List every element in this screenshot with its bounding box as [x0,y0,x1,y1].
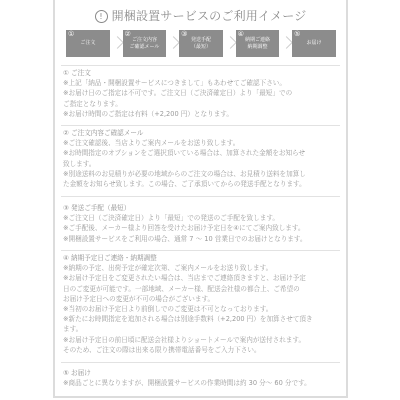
section-line: 日のご変更が可能です。一部地域、メーカー様、配送会社様の都合上、ご希望の [63,284,342,294]
divider [61,250,340,251]
section-delivery-date-adjustment: ④ 納期予定日ご連絡・納期調整 ※納期の予定、出荷予定が確定次第、ご案内メールを… [63,253,342,355]
chevron-right-icon [166,30,179,57]
section-confirmation-mail: ② ご注文内容ご確認メール ※ご注文確認後、当店よりご案内メールをお送り致します… [63,128,342,189]
step-1-box: ① ご注文 [66,30,110,57]
section-line: ※ご注文日（ご決済確定日）より「最短」での発送のご手配を致します。 [63,213,342,223]
step-3-box: ③ 発送手配（最短） [179,30,223,57]
section-line: お届け予定日への変更が不可の場合がございます。 [63,294,342,304]
step-label: 納期調整 [236,44,280,51]
divider [61,362,340,363]
section-line: ※開梱設置サービスをご利用の場合、通常 7 ～ 10 営業日でのお届けとなります… [63,234,342,244]
usage-guide-panel: !開梱設置サービスのご利用イメージ ① ご注文 ② ご注文内容ご確認メール ③ … [53,0,348,398]
step-label: 発送手配 [179,37,223,44]
step-label: 納期ご連絡 [236,37,280,44]
divider [61,65,340,66]
section-line: ※お時間指定のオプションをご選択頂いている場合は、加算された金額をお知らせ [63,148,342,158]
section-line: ます。 [63,324,342,334]
section-line: ※お届け予定日をご変更されたい場合は、当店までご連絡頂きますと、お届け予定 [63,273,342,283]
page-title-text: 開梱設置サービスのご利用イメージ [112,9,307,23]
section-heading: ③ 発送ご手配（最短） [63,203,342,213]
exclamation-circle-icon: ! [95,10,108,23]
section-line: ※お届け予定日の前日頃に配送会社様よりショートメールで案内が送付されます。 [63,335,342,345]
section-line: ※別途送料のお見積りが必要の地域からのご注文の場合は、お見積り送料を加算し [63,169,342,179]
section-line: ※当初のお届け予定日より前倒しでのご変更は不可となっております。 [63,304,342,314]
step-4-box: ④ 納期ご連絡納期調整 [236,30,280,57]
divider [61,196,340,197]
section-heading: ① ご注文 [63,68,342,78]
section-line: ※納期の予定、出荷予定が確定次第、ご案内メールをお送り致します。 [63,263,342,273]
page-title: !開梱設置サービスのご利用イメージ [55,7,346,23]
section-line: そのため、ご注文の際は出来る限り携帯電話番号をご入力下さい。 [63,345,342,355]
step-label: （最短） [179,44,223,51]
section-heading: ⑤ お届け [63,368,342,378]
step-label: ご注文 [66,40,110,47]
section-line: ※お届け時間のご指定は有料（+2,200 円）となります。 [63,109,342,119]
divider [61,125,340,126]
step-label: お届け [292,40,336,47]
step-label: ご確認メール [123,44,167,51]
section-line: ※上記「納品・開梱設置サービスにつきまして」もあわせてご確認下さい。 [63,78,342,88]
section-shipping-arrangement: ③ 発送ご手配（最短） ※ご注文日（ご決済確定日）より「最短」での発送のご手配を… [63,203,342,244]
section-line: ご指定となります。 [63,99,342,109]
step-number: ① [68,30,74,38]
section-delivery: ⑤ お届け ※商品ごとに異なりますが、開梱設置サービスの作業時間は約 30 分～… [63,368,342,388]
section-line: ※ご注文確認後、当店よりご案内メールをお送り致します。 [63,138,342,148]
step-flow: ① ご注文 ② ご注文内容ご確認メール ③ 発送手配（最短） ④ 納期ご連絡納期… [66,29,336,58]
chevron-right-icon [110,30,123,57]
section-line: ※お届け日のご指定は不可です。ご注文日（ご決済確定日）より「最短」での [63,88,342,98]
section-line: ※商品ごとに異なりますが、開梱設置サービスの作業時間は約 30 分～ 60 分で… [63,378,342,388]
step-number: ⑤ [294,30,300,38]
step-label: ご注文内容 [123,37,167,44]
section-order: ① ご注文 ※上記「納品・開梱設置サービスにつきまして」もあわせてご確認下さい。… [63,68,342,119]
step-2-box: ② ご注文内容ご確認メール [123,30,167,57]
chevron-right-icon [279,30,292,57]
section-line: 致します。 [63,159,342,169]
section-heading: ④ 納期予定日ご連絡・納期調整 [63,253,342,263]
section-line: ※ご手配後、メーカー様より回答を受けたお届け予定日を④にてご案内致します。 [63,223,342,233]
section-line: た金額をお知らせ致します。この場合、ご了承頂いてからの発送手配となります。 [63,179,342,189]
section-heading: ② ご注文内容ご確認メール [63,128,342,138]
chevron-right-icon [223,30,236,57]
step-5-box: ⑤ お届け [292,30,336,57]
section-line: ※新たにお時間指定を追加される場合は別途手数料（+2,200 円）を加算させて頂… [63,314,342,324]
